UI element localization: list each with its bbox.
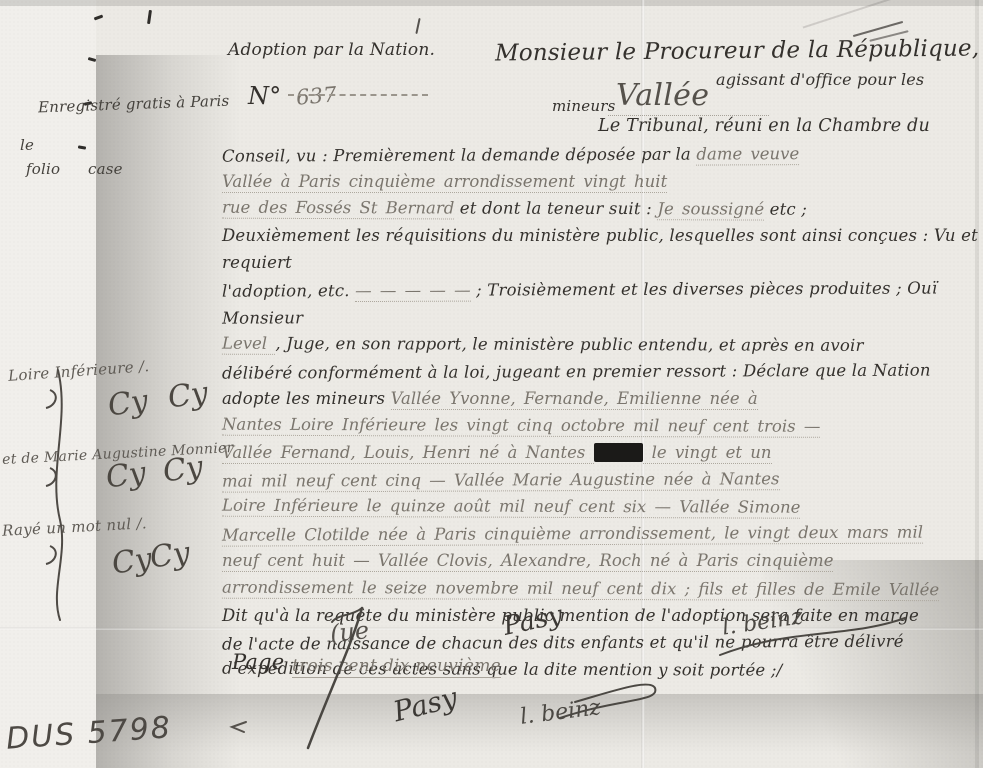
body-line: l'adoption, etc. — — — — — ; Troisièmeme…: [222, 275, 980, 332]
body-text-segment: Conseil, vu : Premièrement la demande dé…: [222, 145, 696, 166]
paper-edge-top: [0, 0, 983, 6]
body-line: Vallée Fernand, Louis, Henri né à Nantes…: [222, 439, 980, 466]
body-line: Nantes Loire Inférieure les vingt cinq o…: [222, 411, 980, 441]
scanned-document-page: Enregistré gratis à Paris le folio case …: [0, 0, 983, 768]
scan-artifact: [88, 57, 97, 62]
case-number-value: 637: [295, 82, 338, 109]
body-line: neuf cent huit — Vallée Clovis, Alexandr…: [222, 547, 980, 574]
case-number-label: N°: [248, 82, 281, 110]
fold-crease-diagonal: [803, 0, 918, 28]
scan-artifact: [94, 15, 103, 21]
document-title: Adoption par la Nation.: [228, 40, 435, 60]
tribunal-line: Le Tribunal, réuni en la Chambre du: [598, 116, 930, 136]
body-text-segment: , Juge, en son rapport, le ministère pub…: [275, 334, 863, 355]
body-text-segment: etc ;: [764, 200, 807, 219]
body-line: mai mil neuf cent cinq — Vallée Marie Au…: [222, 464, 980, 494]
body-text-segment: délibéré conformément à la loi, jugeant …: [222, 360, 931, 382]
body-line: rue des Fossés St Bernard et dont la ten…: [222, 194, 980, 224]
body-text-segment: Nantes Loire Inférieure les vingt cinq o…: [222, 415, 820, 438]
body-text-segment: le vingt et un: [643, 443, 771, 464]
body-text-segment: mai mil neuf cent cinq — Vallée Marie Au…: [222, 469, 780, 492]
body-text-segment: Je soussigné: [657, 199, 764, 220]
body-line: adopte les mineurs Vallée Yvonne, Fernan…: [222, 385, 980, 412]
body-text-segment: et dont la teneur suit :: [454, 199, 657, 219]
minor-name: Vallée: [608, 78, 769, 116]
body-line: délibéré conformément à la loi, jugeant …: [222, 356, 980, 386]
registration-stamp-line1: Enregistré gratis à Paris: [38, 92, 230, 117]
body-line: Level , Juge, en son rapport, le ministè…: [222, 329, 980, 359]
scan-artifact: [147, 10, 152, 24]
registration-stamp-case: case: [88, 160, 123, 178]
pencil-scribble: [415, 18, 420, 34]
scan-artifact: [78, 145, 86, 149]
body-text-segment: Deuxièmement les réquisitions du ministè…: [222, 226, 978, 272]
body-text-segment: Marcelle Clotilde née à Paris cinquième …: [222, 523, 923, 547]
body-text-segment: — — — — —: [355, 281, 471, 303]
body-line: Deuxièmement les réquisitions du ministè…: [222, 222, 980, 276]
body-text-segment: rue des Fossés St Bernard: [222, 198, 454, 220]
minor-label: mineurs: [552, 97, 616, 115]
registration-stamp-folio: folio: [26, 160, 60, 178]
body-text-segment: neuf cent huit — Vallée Clovis, Alexandr…: [222, 551, 833, 572]
body-text-segment: Loire Inférieure le quinze août mil neuf…: [222, 496, 800, 519]
body-text-segment: Vallée à Paris cinquième arrondissement …: [222, 172, 667, 193]
body-line: Loire Inférieure le quinze août mil neuf…: [222, 492, 980, 522]
body-line: Conseil, vu : Premièrement la demande dé…: [222, 139, 980, 169]
body-line: Marcelle Clotilde née à Paris cinquième …: [222, 519, 980, 549]
body-text-segment: Vallée Yvonne, Fernande, Emilienne née à: [391, 389, 758, 410]
body-text-segment: dame veuve: [696, 144, 799, 165]
body-line: Vallée à Paris cinquième arrondissement …: [222, 168, 980, 195]
registration-stamp-line2: le: [20, 136, 34, 154]
body-text-segment: Loire: [594, 443, 644, 462]
case-number-rule: [288, 94, 428, 96]
body-text-segment: l'adoption, etc.: [222, 282, 355, 302]
body-text-segment: Vallée Fernand, Louis, Henri né à Nantes: [222, 443, 594, 464]
addressee-line1: Monsieur le Procureur de la République,: [495, 35, 980, 66]
